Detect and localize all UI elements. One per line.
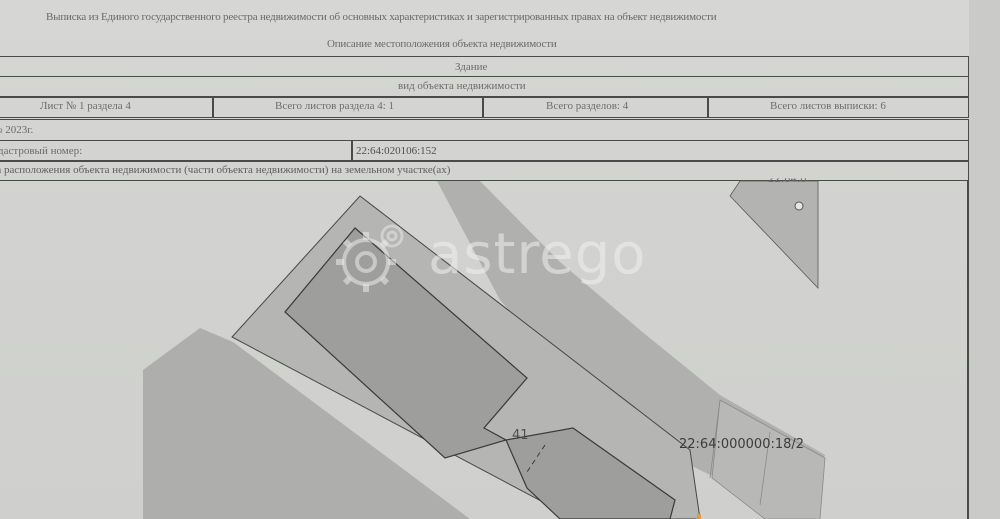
document-page: Выписка из Единого государственного реес… [0, 0, 1000, 519]
point-marker [795, 202, 803, 210]
marker-orange [697, 514, 701, 519]
site-plan-map [0, 0, 969, 519]
page-margin [969, 0, 1000, 519]
parcel-top [730, 181, 818, 288]
parcel-18-2 [712, 400, 825, 519]
building-number-label: 41 [512, 428, 529, 443]
parcel-number-label: 22:64:000000:18/2 [679, 437, 804, 452]
